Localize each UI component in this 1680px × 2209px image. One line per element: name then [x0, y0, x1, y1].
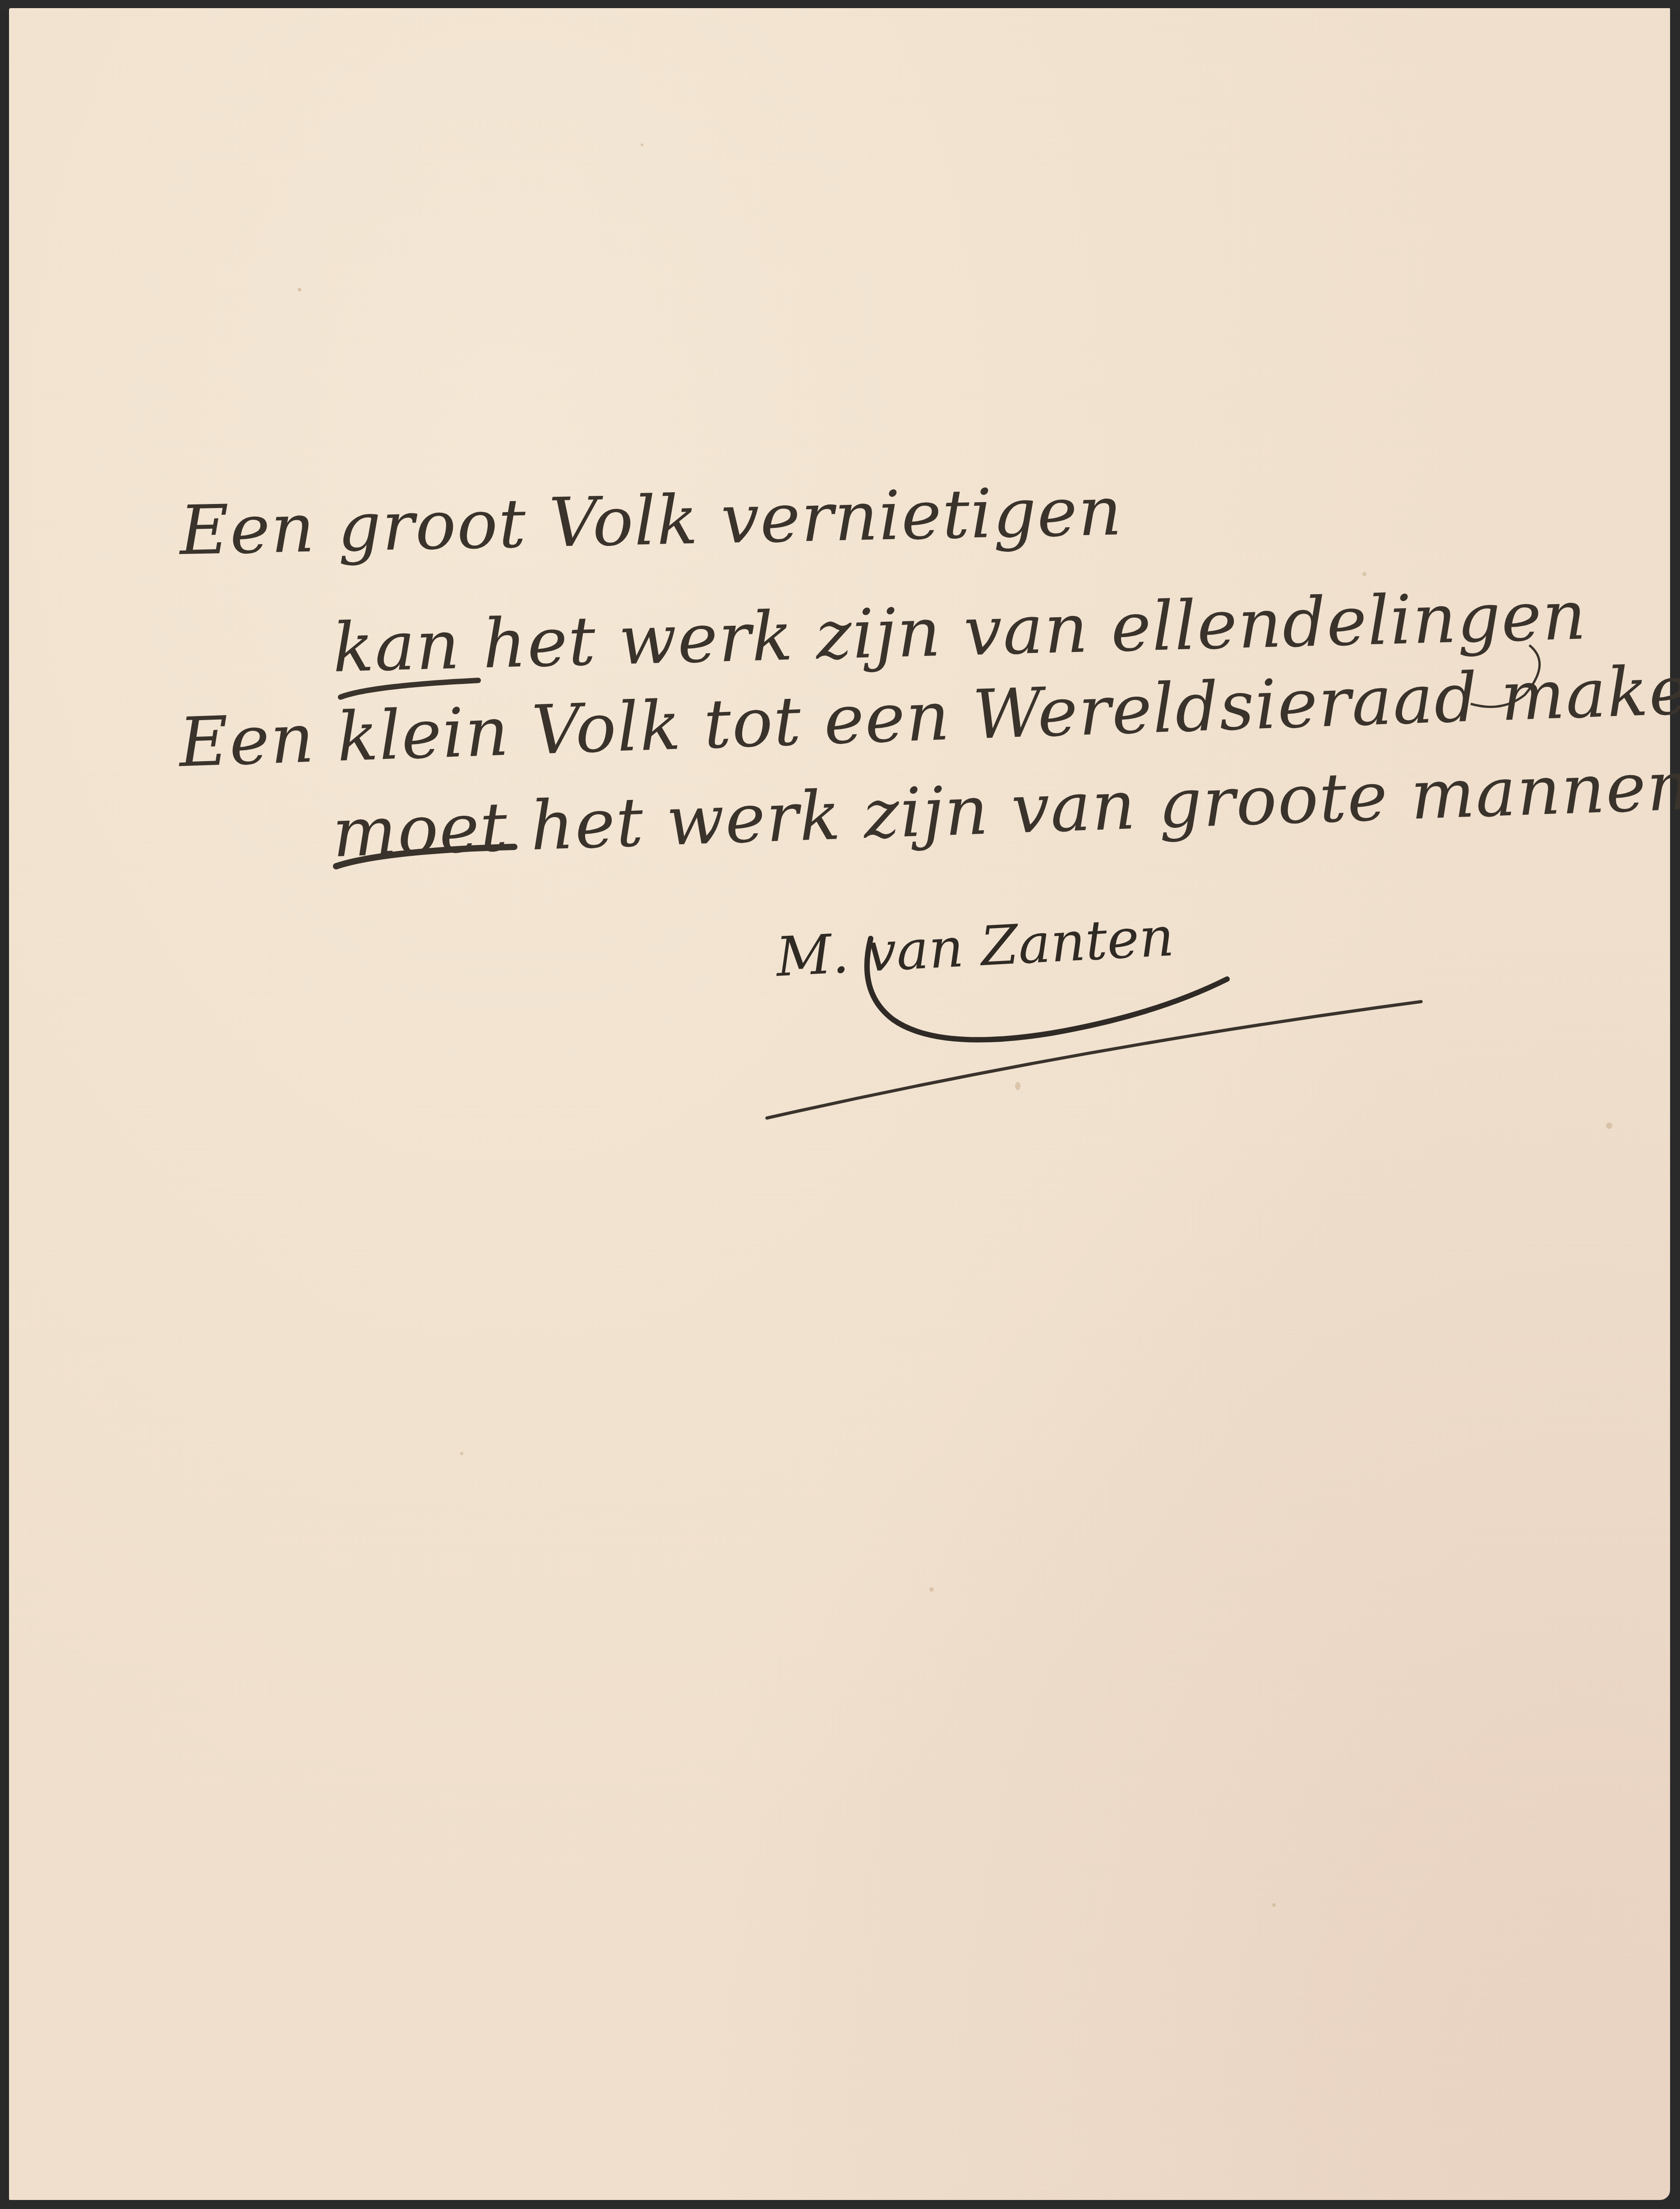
- paper-speck: [1362, 572, 1366, 576]
- manuscript-page: [9, 8, 1670, 2200]
- paper-speck: [1272, 1903, 1276, 1907]
- paper-speck: [1015, 1082, 1020, 1090]
- paper-speck: [298, 288, 301, 291]
- paper-speck: [929, 1587, 934, 1592]
- underlined-word: kan: [332, 606, 461, 688]
- paper-speck: [1606, 1123, 1612, 1129]
- paper-speck: [641, 143, 643, 146]
- paper-speck: [460, 1452, 463, 1455]
- underlined-word: moet: [331, 788, 509, 873]
